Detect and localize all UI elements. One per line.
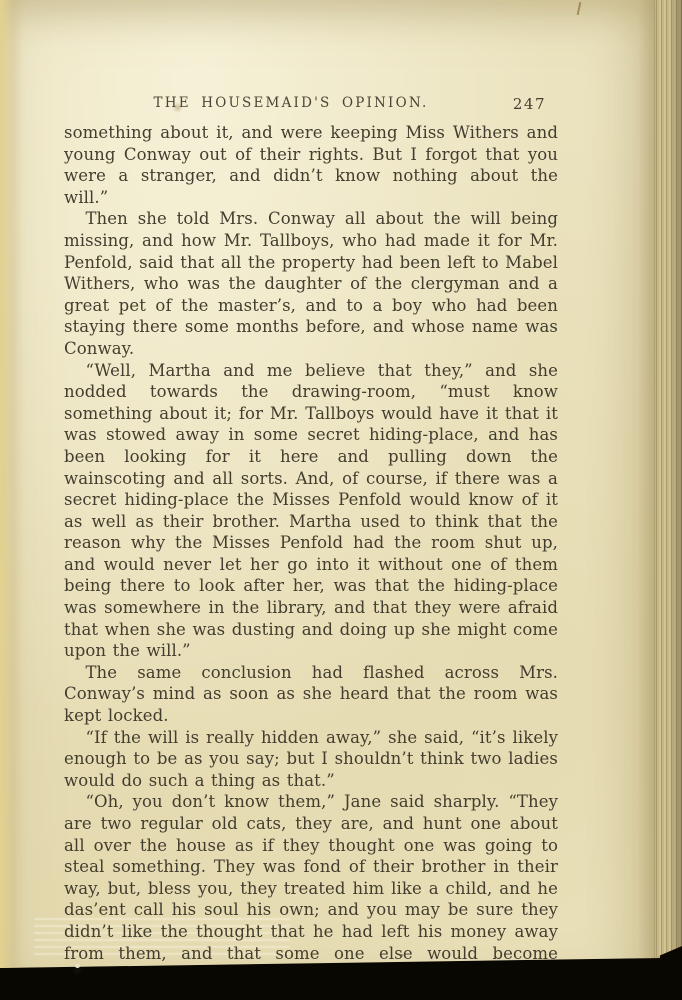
fore-edge-pages [654,0,682,1000]
book-scan-photo: THE HOUSEMAID'S OPINION. 247 something a… [0,0,682,1000]
paper-crack-mark [577,2,581,15]
paper-smudge [172,102,183,113]
paragraph-6: “Oh, you don’t know them,” Jane said sha… [64,791,558,985]
page-number: 247 [513,95,546,113]
page-body-text: something about it, and were keeping Mis… [64,122,558,986]
running-header-title: THE HOUSEMAID'S OPINION. [64,95,518,111]
paragraph-1: something about it, and were keeping Mis… [64,122,558,208]
paper-speck [400,954,403,957]
page-gutter-edge [0,0,26,1000]
paragraph-4: The same conclusion had flashed across M… [64,662,558,727]
paragraph-5: “If the will is really hidden away,” she… [64,727,558,792]
bottom-edge-highlight [75,964,80,968]
running-head: THE HOUSEMAID'S OPINION. 247 [64,95,558,115]
paragraph-3: “Well, Martha and me believe that they,”… [64,360,558,662]
book-page: THE HOUSEMAID'S OPINION. 247 something a… [0,0,660,1000]
paragraph-2: Then she told Mrs. Conway all about the … [64,208,558,359]
